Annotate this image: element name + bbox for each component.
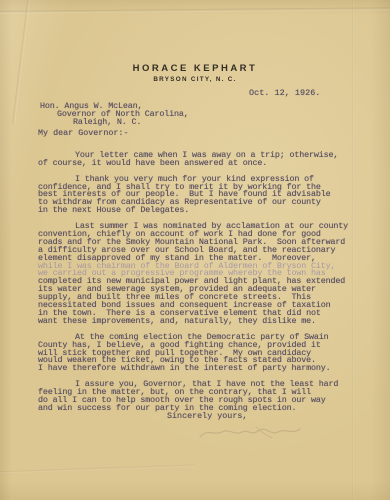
letterhead-name: HORACE KEPHART [0, 63, 390, 74]
letter-scan-page: HORACE KEPHART BRYSON CITY, N. C. Oct. 1… [0, 0, 390, 500]
salutation: My dear Governor:- [38, 128, 128, 138]
letter-line: want these improvements, and, naturally,… [38, 318, 378, 326]
letter-line: in the next House of Delegates. [38, 207, 378, 215]
letterhead-location: BRYSON CITY, N. C. [0, 76, 390, 83]
letter-body: Your letter came when I was away on a tr… [38, 144, 378, 421]
letter-line-faded: we carried out a progressive programme w… [38, 270, 378, 278]
recipient-address: Hon. Angus W. McLean, Governor of North … [40, 102, 189, 127]
letter-date: Oct. 12, 1926. [249, 88, 320, 98]
recipient-city: Raleigh, N. C. [73, 118, 189, 126]
pencil-signature-mark [196, 423, 306, 443]
letter-line: I have therefore withdrawn in the intere… [38, 365, 378, 373]
closing-line: Sincerely yours, [167, 411, 247, 421]
paper-crease [0, 465, 194, 474]
letter-line: of course, it would have been answered a… [38, 160, 378, 168]
paper-crease [12, 0, 31, 124]
paper-crease [0, 7, 390, 13]
